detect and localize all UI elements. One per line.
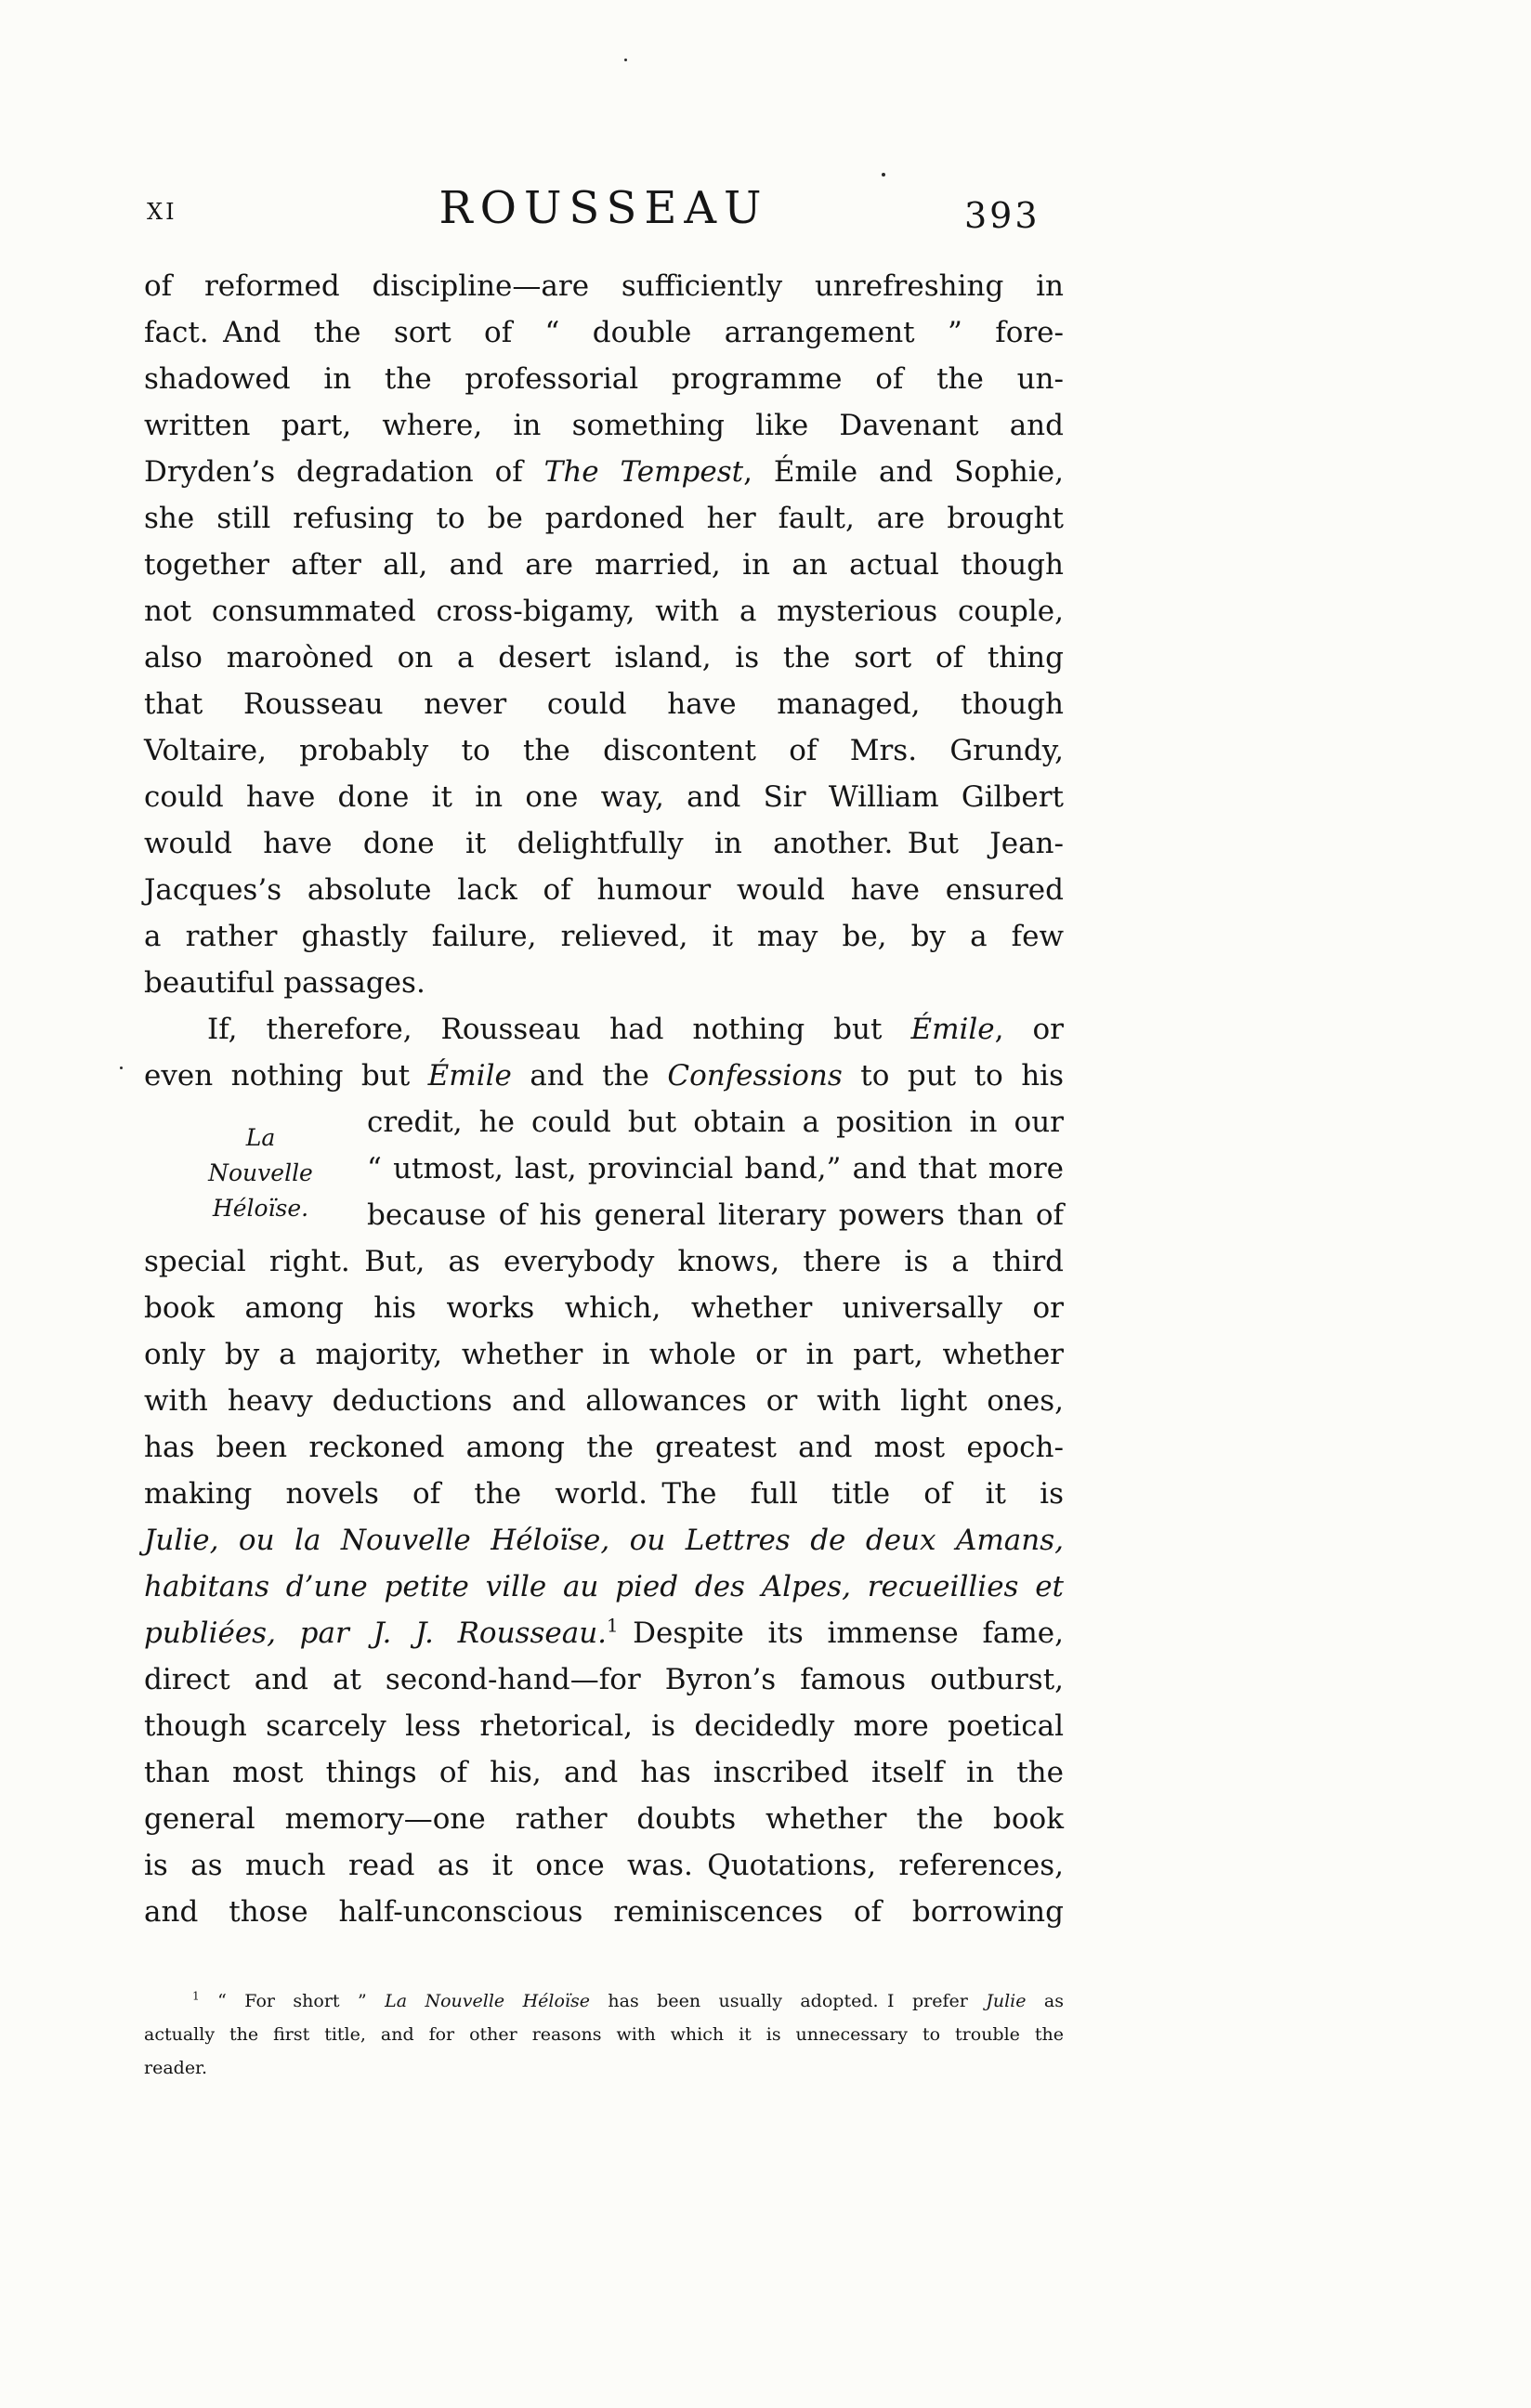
text-line: that Rousseau never could have managed, … [144,681,1064,727]
text-line: beautiful passages. [144,960,1064,1006]
text-line: fact. And the sort of “ double arrangeme… [144,309,1064,356]
text-line: shadowed in the professorial programme o… [144,356,1064,402]
text-line: publiées, par J. J. Rousseau.1 Despite i… [144,1610,1064,1656]
text-line: Julie, ou la Nouvelle Héloïse, ou Lettre… [144,1517,1064,1564]
text-line: could have done it in one way, and Sir W… [144,774,1064,820]
text-line: making novels of the world. The full tit… [144,1471,1064,1517]
text-line: with heavy deductions and allowances or … [144,1378,1064,1424]
scan-speck [624,59,627,61]
footnote: 1 “ For short ” La Nouvelle Héloïse has … [144,1984,1064,2085]
text-line: together after all, and are married, in … [144,542,1064,588]
margin-note-line: Héloïse. [179,1191,342,1226]
page-number: 393 [964,195,1040,236]
text-line: only by a majority, whether in whole or … [144,1331,1064,1378]
scan-speck [120,1067,123,1069]
text-line: habitans d’une petite ville au pied des … [144,1564,1064,1610]
text-line: “ utmost, last, provincial band,” and th… [367,1145,1064,1192]
text-line: not consummated cross-bigamy, with a mys… [144,588,1064,635]
text-line: is as much read as it once was. Quotatio… [144,1842,1064,1889]
text-line: and those half-unconscious reminiscences… [144,1889,1064,1935]
text-line: Jacques’s absolute lack of humour would … [144,867,1064,913]
text-line: 1 “ For short ” La Nouvelle Héloïse has … [144,1984,1064,2018]
text-line: actually the first title, and for other … [144,2018,1064,2051]
text-line: because of his general literary powers t… [367,1192,1064,1238]
text-line: direct and at second-hand—for Byron’s fa… [144,1656,1064,1703]
text-line: she still refusing to be pardoned her fa… [144,495,1064,542]
text-line: has been reckoned among the greatest and… [144,1424,1064,1471]
text-line: reader. [144,2051,1064,2085]
text-line: If, therefore, Rousseau had nothing but … [144,1006,1064,1053]
margin-note-line: Nouvelle [179,1156,342,1191]
text-line: Voltaire, probably to the discontent of … [144,727,1064,774]
text-line: special right. But, as everybody knows, … [144,1238,1064,1285]
text-line: than most things of his, and has inscrib… [144,1749,1064,1796]
text-line: a rather ghastly failure, relieved, it m… [144,913,1064,960]
text-line: written part, where, in something like D… [144,402,1064,449]
text-line: would have done it delightfully in anoth… [144,820,1064,867]
text-line: of reformed discipline—are sufficiently … [144,263,1064,309]
margin-note: La Nouvelle Héloïse. [179,1120,342,1226]
scan-speck [882,173,885,177]
text-line: also maroòned on a desert island, is the… [144,635,1064,681]
book-page: XI ROUSSEAU 393 of reformed discipline—a… [0,0,1531,2408]
text-line: Dryden’s degradation of The Tempest, Émi… [144,449,1064,495]
text-line: book among his works which, whether univ… [144,1285,1064,1331]
text-line: general memory—one rather doubts whether… [144,1796,1064,1842]
paragraph-1: of reformed discipline—are sufficiently … [144,263,1064,1006]
running-head-title: ROUSSEAU [144,186,1064,230]
text-line: even nothing but Émile and the Confessio… [144,1053,1064,1099]
text-line: though scarcely less rhetorical, is deci… [144,1703,1064,1749]
text-line: credit, he could but obtain a position i… [367,1099,1064,1145]
body-text: of reformed discipline—are sufficiently … [144,263,1064,1935]
margin-note-line: La [179,1120,342,1156]
